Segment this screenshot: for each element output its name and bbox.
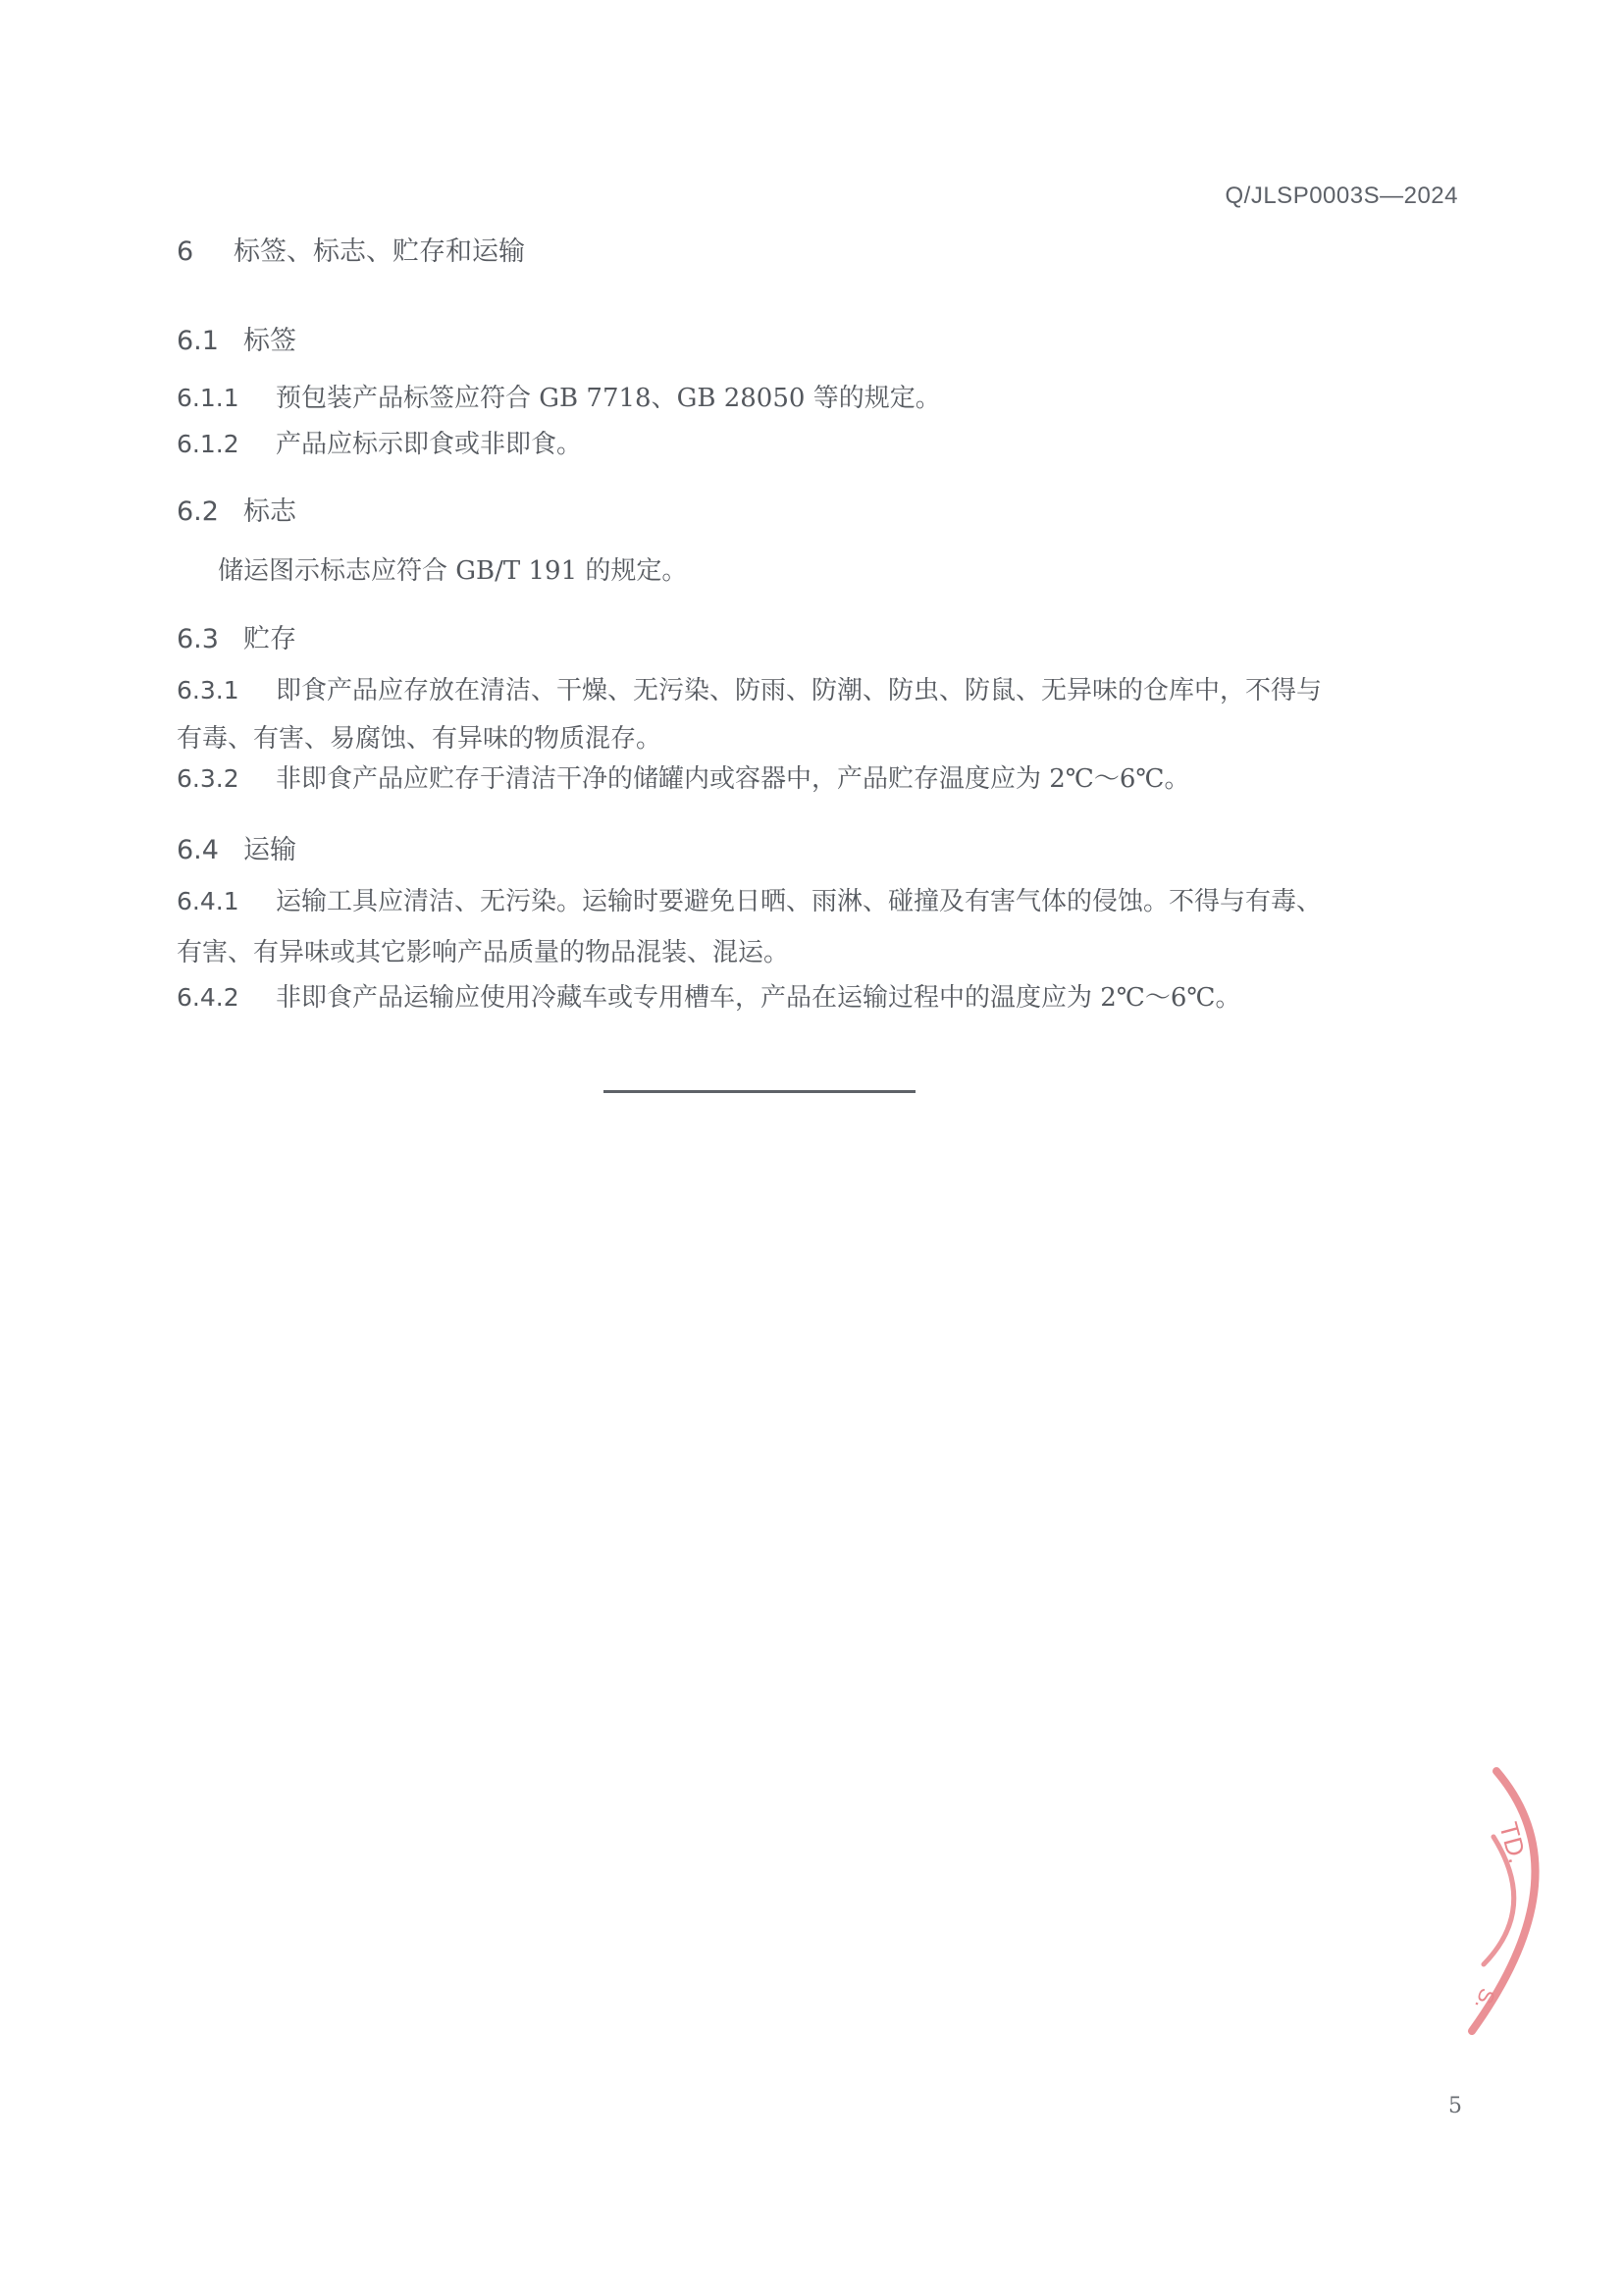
clause-text: 预包装产品标签应符合 GB 7718、GB 28050 等的规定。	[276, 384, 941, 413]
subsection-title: 标志	[243, 496, 296, 527]
clause-text: 运输工具应清洁、无污染。运输时要避免日晒、雨淋、碰撞及有害气体的侵蚀。不得与有毒…	[276, 887, 1322, 916]
clause-6-4-2: 6.4.2非即食产品运输应使用冷藏车或专用槽车，产品在运输过程中的温度应为 2℃…	[177, 977, 1241, 1014]
subsection-number: 6.2	[177, 496, 243, 527]
document-code: Q/JLSP0003S—2024	[1226, 183, 1459, 210]
subsection-number: 6.4	[177, 835, 243, 865]
subsection-number: 6.3	[177, 624, 243, 654]
clause-6-4-1-continuation: 有害、有异味或其它影响产品质量的物品混装、混运。	[177, 932, 789, 968]
clause-text: 非即食产品应贮存于清洁干净的储罐内或容器中，产品贮存温度应为 2℃～6℃。	[276, 764, 1190, 794]
clause-6-3-1: 6.3.1即食产品应存放在清洁、干燥、无污染、防雨、防潮、防虫、防鼠、无异味的仓…	[177, 670, 1322, 706]
paragraph-6-2: 储运图示标志应符合 GB/T 191 的规定。	[218, 550, 687, 587]
clause-6-3-1-continuation: 有毒、有害、易腐蚀、有异味的物质混存。	[177, 718, 661, 755]
clause-text: 即食产品应存放在清洁、干燥、无污染、防雨、防潮、防虫、防鼠、无异味的仓库中，不得…	[276, 676, 1322, 705]
subsection-title: 运输	[243, 835, 296, 865]
end-of-document-rule	[603, 1090, 916, 1093]
clause-text: 非即食产品运输应使用冷藏车或专用槽车，产品在运输过程中的温度应为 2℃～6℃。	[276, 983, 1241, 1013]
clause-number: 6.3.2	[177, 764, 276, 793]
company-seal-stamp: TD. S.	[1423, 1747, 1623, 2061]
clause-6-1-1: 6.1.1预包装产品标签应符合 GB 7718、GB 28050 等的规定。	[177, 378, 941, 414]
subsection-heading-transport: 6.4运输	[177, 828, 296, 866]
clause-text: 产品应标示即食或非即食。	[276, 430, 582, 459]
clause-number: 6.4.1	[177, 887, 276, 915]
subsection-heading-labels: 6.1标签	[177, 319, 296, 357]
subsection-title: 标签	[243, 326, 296, 356]
clause-6-3-2: 6.3.2非即食产品应贮存于清洁干净的储罐内或容器中，产品贮存温度应为 2℃～6…	[177, 758, 1190, 795]
clause-6-4-1: 6.4.1运输工具应清洁、无污染。运输时要避免日晒、雨淋、碰撞及有害气体的侵蚀。…	[177, 881, 1322, 917]
clause-6-1-2: 6.1.2产品应标示即食或非即食。	[177, 424, 582, 460]
section-number: 6	[177, 236, 234, 267]
clause-number: 6.1.2	[177, 430, 276, 458]
clause-number: 6.1.1	[177, 384, 276, 412]
subsection-number: 6.1	[177, 326, 243, 356]
subsection-title: 贮存	[243, 624, 296, 654]
subsection-heading-storage: 6.3贮存	[177, 617, 296, 655]
page-number: 5	[1448, 2094, 1462, 2118]
section-title: 标签、标志、贮存和运输	[234, 236, 525, 267]
subsection-heading-marks: 6.2标志	[177, 490, 296, 528]
section-heading: 6标签、标志、贮存和运输	[177, 230, 525, 268]
clause-number: 6.4.2	[177, 983, 276, 1012]
clause-number: 6.3.1	[177, 676, 276, 704]
